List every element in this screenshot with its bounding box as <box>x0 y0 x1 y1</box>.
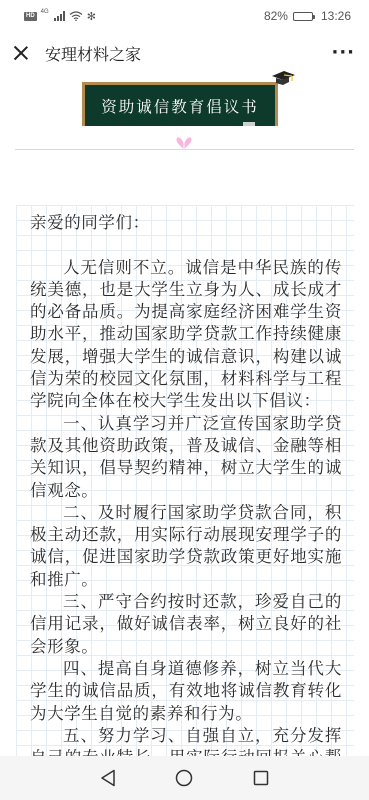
recents-button[interactable] <box>251 768 271 788</box>
back-button[interactable] <box>98 768 118 788</box>
graduation-cap-icon <box>270 70 296 86</box>
status-right: 82% 13:26 <box>264 9 351 23</box>
signal-icon <box>54 11 65 21</box>
letter-paragraph: 四、提高自身道德修养，树立当代大学生的诚信品质，有效地将诚信教育转化为大学生自觉… <box>30 658 342 725</box>
battery-percent: 82% <box>264 9 288 23</box>
letter-body: 亲爱的同学们： 人无信则不立。诚信是中华民族的传统美德，也是大学生立身为人、成长… <box>30 212 342 792</box>
letter-greeting: 亲爱的同学们： <box>30 212 342 234</box>
letter-paragraph: 三、严守合约按时还款，珍爱自己的信用记录，做好诚信表率，树立良好的社会形象。 <box>30 591 342 658</box>
blackboard: 资助诚信教育倡议书 <box>82 82 278 126</box>
status-bar: HD 4G ✻ 82% 13:26 <box>0 0 369 32</box>
decorative-divider <box>0 136 369 156</box>
recents-icon <box>253 770 269 786</box>
letter-paragraph: 一、认真学习并广泛宣传国家助学贷款及其他资助政策，普及诚信、金融等相关知识，倡导… <box>30 413 342 502</box>
home-button[interactable] <box>174 768 194 788</box>
heart-icon <box>174 136 194 150</box>
clock: 13:26 <box>321 9 351 23</box>
letter-paragraph: 二、及时履行国家助学贷款合同，积极主动还款，用实际行动展现安理学子的诚信，促进国… <box>30 502 342 591</box>
more-icon[interactable]: ··· <box>331 48 357 58</box>
title-banner: 资助诚信教育倡议书 <box>82 78 278 126</box>
banner-title: 资助诚信教育倡议书 <box>101 95 259 117</box>
home-icon <box>175 769 193 787</box>
letter-paragraph: 人无信则不立。诚信是中华民族的传统美德，也是大学生立身为人、成长成才的必备品质。… <box>30 257 342 413</box>
hd-icon: HD <box>24 12 37 21</box>
eraser-icon <box>243 122 255 126</box>
network-type: 4G <box>41 9 49 15</box>
status-indicators: HD 4G ✻ <box>24 10 96 23</box>
back-icon <box>100 769 116 787</box>
battery-icon <box>293 12 313 21</box>
app-header: 安理材料之家 ··· <box>0 32 369 74</box>
system-navigation-bar <box>0 756 369 800</box>
close-icon[interactable] <box>12 44 30 62</box>
bluetooth-icon: ✻ <box>87 10 96 23</box>
wifi-icon <box>69 11 83 21</box>
page-title: 安理材料之家 <box>45 42 141 65</box>
